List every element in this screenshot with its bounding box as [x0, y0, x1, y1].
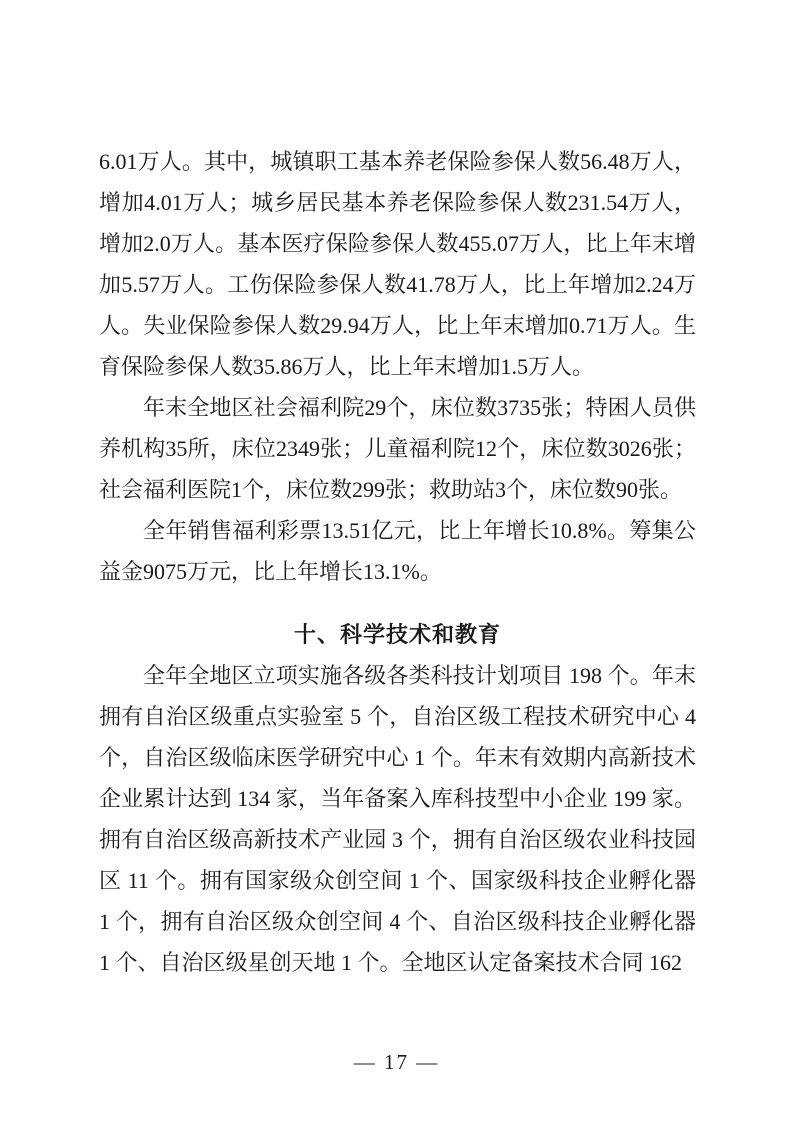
paragraph-welfare-lottery: 全年销售福利彩票13.51亿元，比上年增长10.8%。筹集公益金9075万元，比…: [99, 510, 696, 592]
document-page: 6.01万人。其中，城镇职工基本养老保险参保人数56.48万人，增加4.01万人…: [0, 0, 793, 1122]
paragraph-welfare-institutions: 年末全地区社会福利院29个，床位数3735张；特困人员供养机构35所，床位234…: [99, 387, 696, 510]
page-content: 6.01万人。其中，城镇职工基本养老保险参保人数56.48万人，增加4.01万人…: [99, 141, 696, 983]
page-number: — 17 —: [354, 1050, 440, 1074]
paragraph-science-technology: 全年全地区立项实施各级各类科技计划项目 198 个。年末拥有自治区级重点实验室 …: [99, 655, 696, 983]
page-footer: — 17 —: [0, 1050, 793, 1074]
section-heading-science-technology-education: 十、科学技术和教育: [99, 614, 696, 655]
paragraph-social-insurance: 6.01万人。其中，城镇职工基本养老保险参保人数56.48万人，增加4.01万人…: [99, 141, 696, 387]
